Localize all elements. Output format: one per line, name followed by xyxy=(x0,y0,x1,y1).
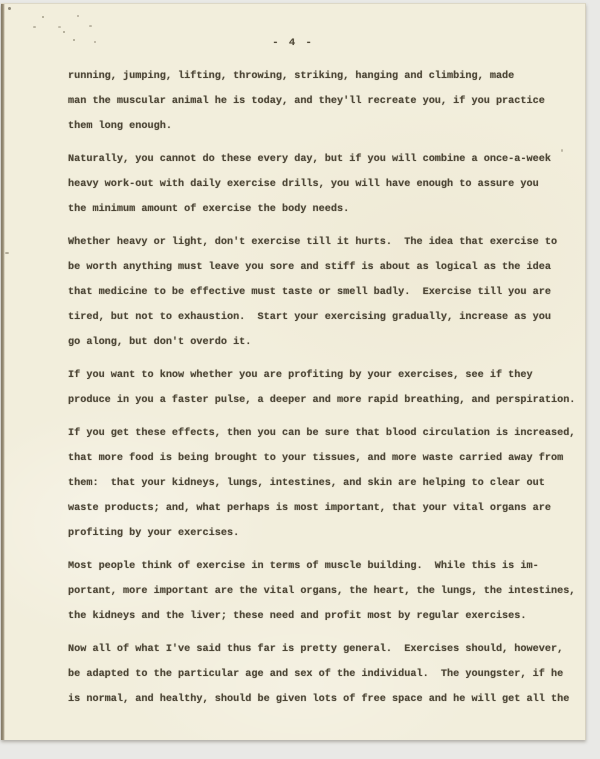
document-body: running, jumping, lifting, throwing, str… xyxy=(68,64,585,712)
text-line: them long enough. xyxy=(68,114,585,139)
text-line: If you get these effects, then you can b… xyxy=(68,421,585,446)
paper-speck xyxy=(73,39,75,41)
paper-speck xyxy=(89,25,92,27)
text-line: man the muscular animal he is today, and… xyxy=(68,89,585,114)
text-line: profiting by your exercises. xyxy=(68,521,585,546)
text-line: produce in you a faster pulse, a deeper … xyxy=(68,388,585,413)
paragraph: Most people think of exercise in terms o… xyxy=(68,554,585,629)
paragraph: Now all of what I've said thus far is pr… xyxy=(68,637,585,712)
paragraph: running, jumping, lifting, throwing, str… xyxy=(68,64,585,139)
text-line: them: that your kidneys, lungs, intestin… xyxy=(68,471,585,496)
paper-speck xyxy=(58,26,61,28)
paper-speck xyxy=(5,252,9,254)
text-line: Whether heavy or light, don't exercise t… xyxy=(68,230,585,255)
text-line: waste products; and, what perhaps is mos… xyxy=(68,496,585,521)
text-line: go along, but don't overdo it. xyxy=(68,330,585,355)
page-number: - 4 - xyxy=(1,4,585,54)
paper-speck xyxy=(8,7,11,10)
paragraph: If you get these effects, then you can b… xyxy=(68,421,585,546)
text-line: Naturally, you cannot do these every day… xyxy=(68,147,585,172)
paper-speck xyxy=(63,31,65,33)
document-page: - 4 - running, jumping, lifting, throwin… xyxy=(1,3,586,740)
paragraph: Whether heavy or light, don't exercise t… xyxy=(68,230,585,355)
text-line: be adapted to the particular age and sex… xyxy=(68,662,585,687)
paper-speck xyxy=(77,15,79,17)
text-line: If you want to know whether you are prof… xyxy=(68,363,585,388)
text-line: Most people think of exercise in terms o… xyxy=(68,554,585,579)
text-line: portant, more important are the vital or… xyxy=(68,579,585,604)
paper-speck xyxy=(33,26,36,28)
paragraph: Naturally, you cannot do these every day… xyxy=(68,147,585,222)
text-line: the kidneys and the liver; these need an… xyxy=(68,604,585,629)
paper-speck xyxy=(42,16,44,18)
text-line: Now all of what I've said thus far is pr… xyxy=(68,637,585,662)
text-line: running, jumping, lifting, throwing, str… xyxy=(68,64,585,89)
paper-speck xyxy=(94,41,96,43)
text-line: the minimum amount of exercise the body … xyxy=(68,197,585,222)
text-line: heavy work-out with daily exercise drill… xyxy=(68,172,585,197)
text-line: be worth anything must leave you sore an… xyxy=(68,255,585,280)
text-line: that medicine to be effective must taste… xyxy=(68,280,585,305)
text-line: tired, but not to exhaustion. Start your… xyxy=(68,305,585,330)
text-line: is normal, and healthy, should be given … xyxy=(68,687,585,712)
paper-speck xyxy=(561,149,563,152)
paragraph: If you want to know whether you are prof… xyxy=(68,363,585,413)
text-line: that more food is being brought to your … xyxy=(68,446,585,471)
